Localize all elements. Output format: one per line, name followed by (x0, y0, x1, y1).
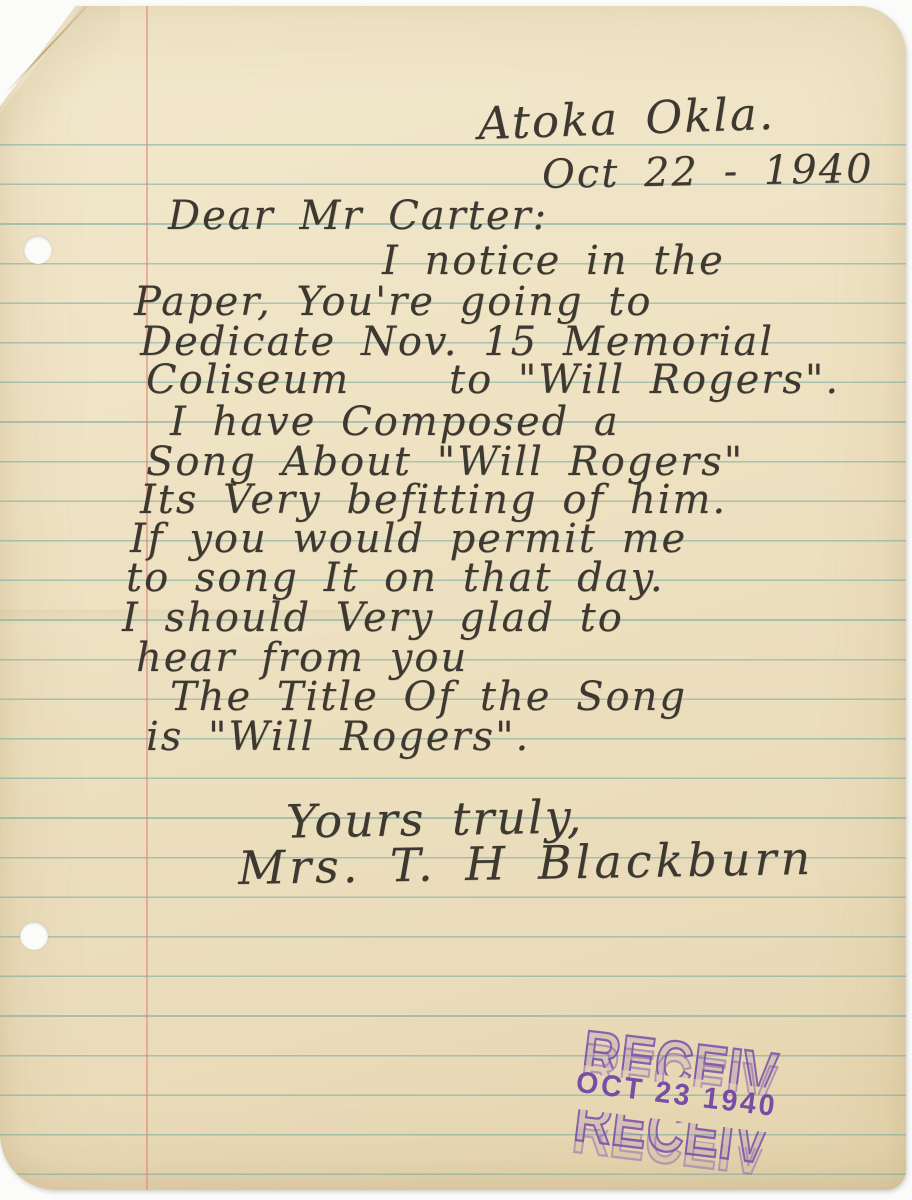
body-line: is "Will Rogers". (146, 717, 530, 757)
body-line: I have Composed a (170, 402, 620, 442)
body-line: Paper, You're going to (134, 282, 652, 322)
signature-line: Mrs. T. H Blackburn (238, 835, 815, 891)
scanned-letter-page: Atoka Okla. Oct 22 - 1940 Dear Mr Carter… (0, 0, 912, 1200)
body-line: Its Very befitting of him. (140, 480, 727, 520)
body-line: I notice in the (382, 241, 725, 281)
body-line: to song It on that day. (126, 558, 665, 598)
received-stamp: RECEIVED RECEIVED OCT 23 1940 RECEIVED R… (549, 1022, 803, 1180)
body-line: Coliseum to "Will Rogers". (146, 360, 840, 400)
body-line: If you would permit me (130, 519, 687, 559)
letter-place: Atoka Okla. (477, 91, 775, 146)
punch-hole-top (24, 236, 52, 264)
salutation-line: Dear Mr Carter: (168, 196, 548, 236)
body-line: hear from you (136, 638, 468, 678)
body-line: Dedicate Nov. 15 Memorial (140, 322, 774, 362)
punch-hole-bottom (20, 922, 48, 950)
body-line: The Title Of the Song (170, 677, 687, 717)
letter-date: Oct 22 - 1940 (542, 149, 874, 195)
body-line: I should Very glad to (122, 598, 624, 638)
body-line: Song About "Will Rogers" (146, 442, 744, 482)
